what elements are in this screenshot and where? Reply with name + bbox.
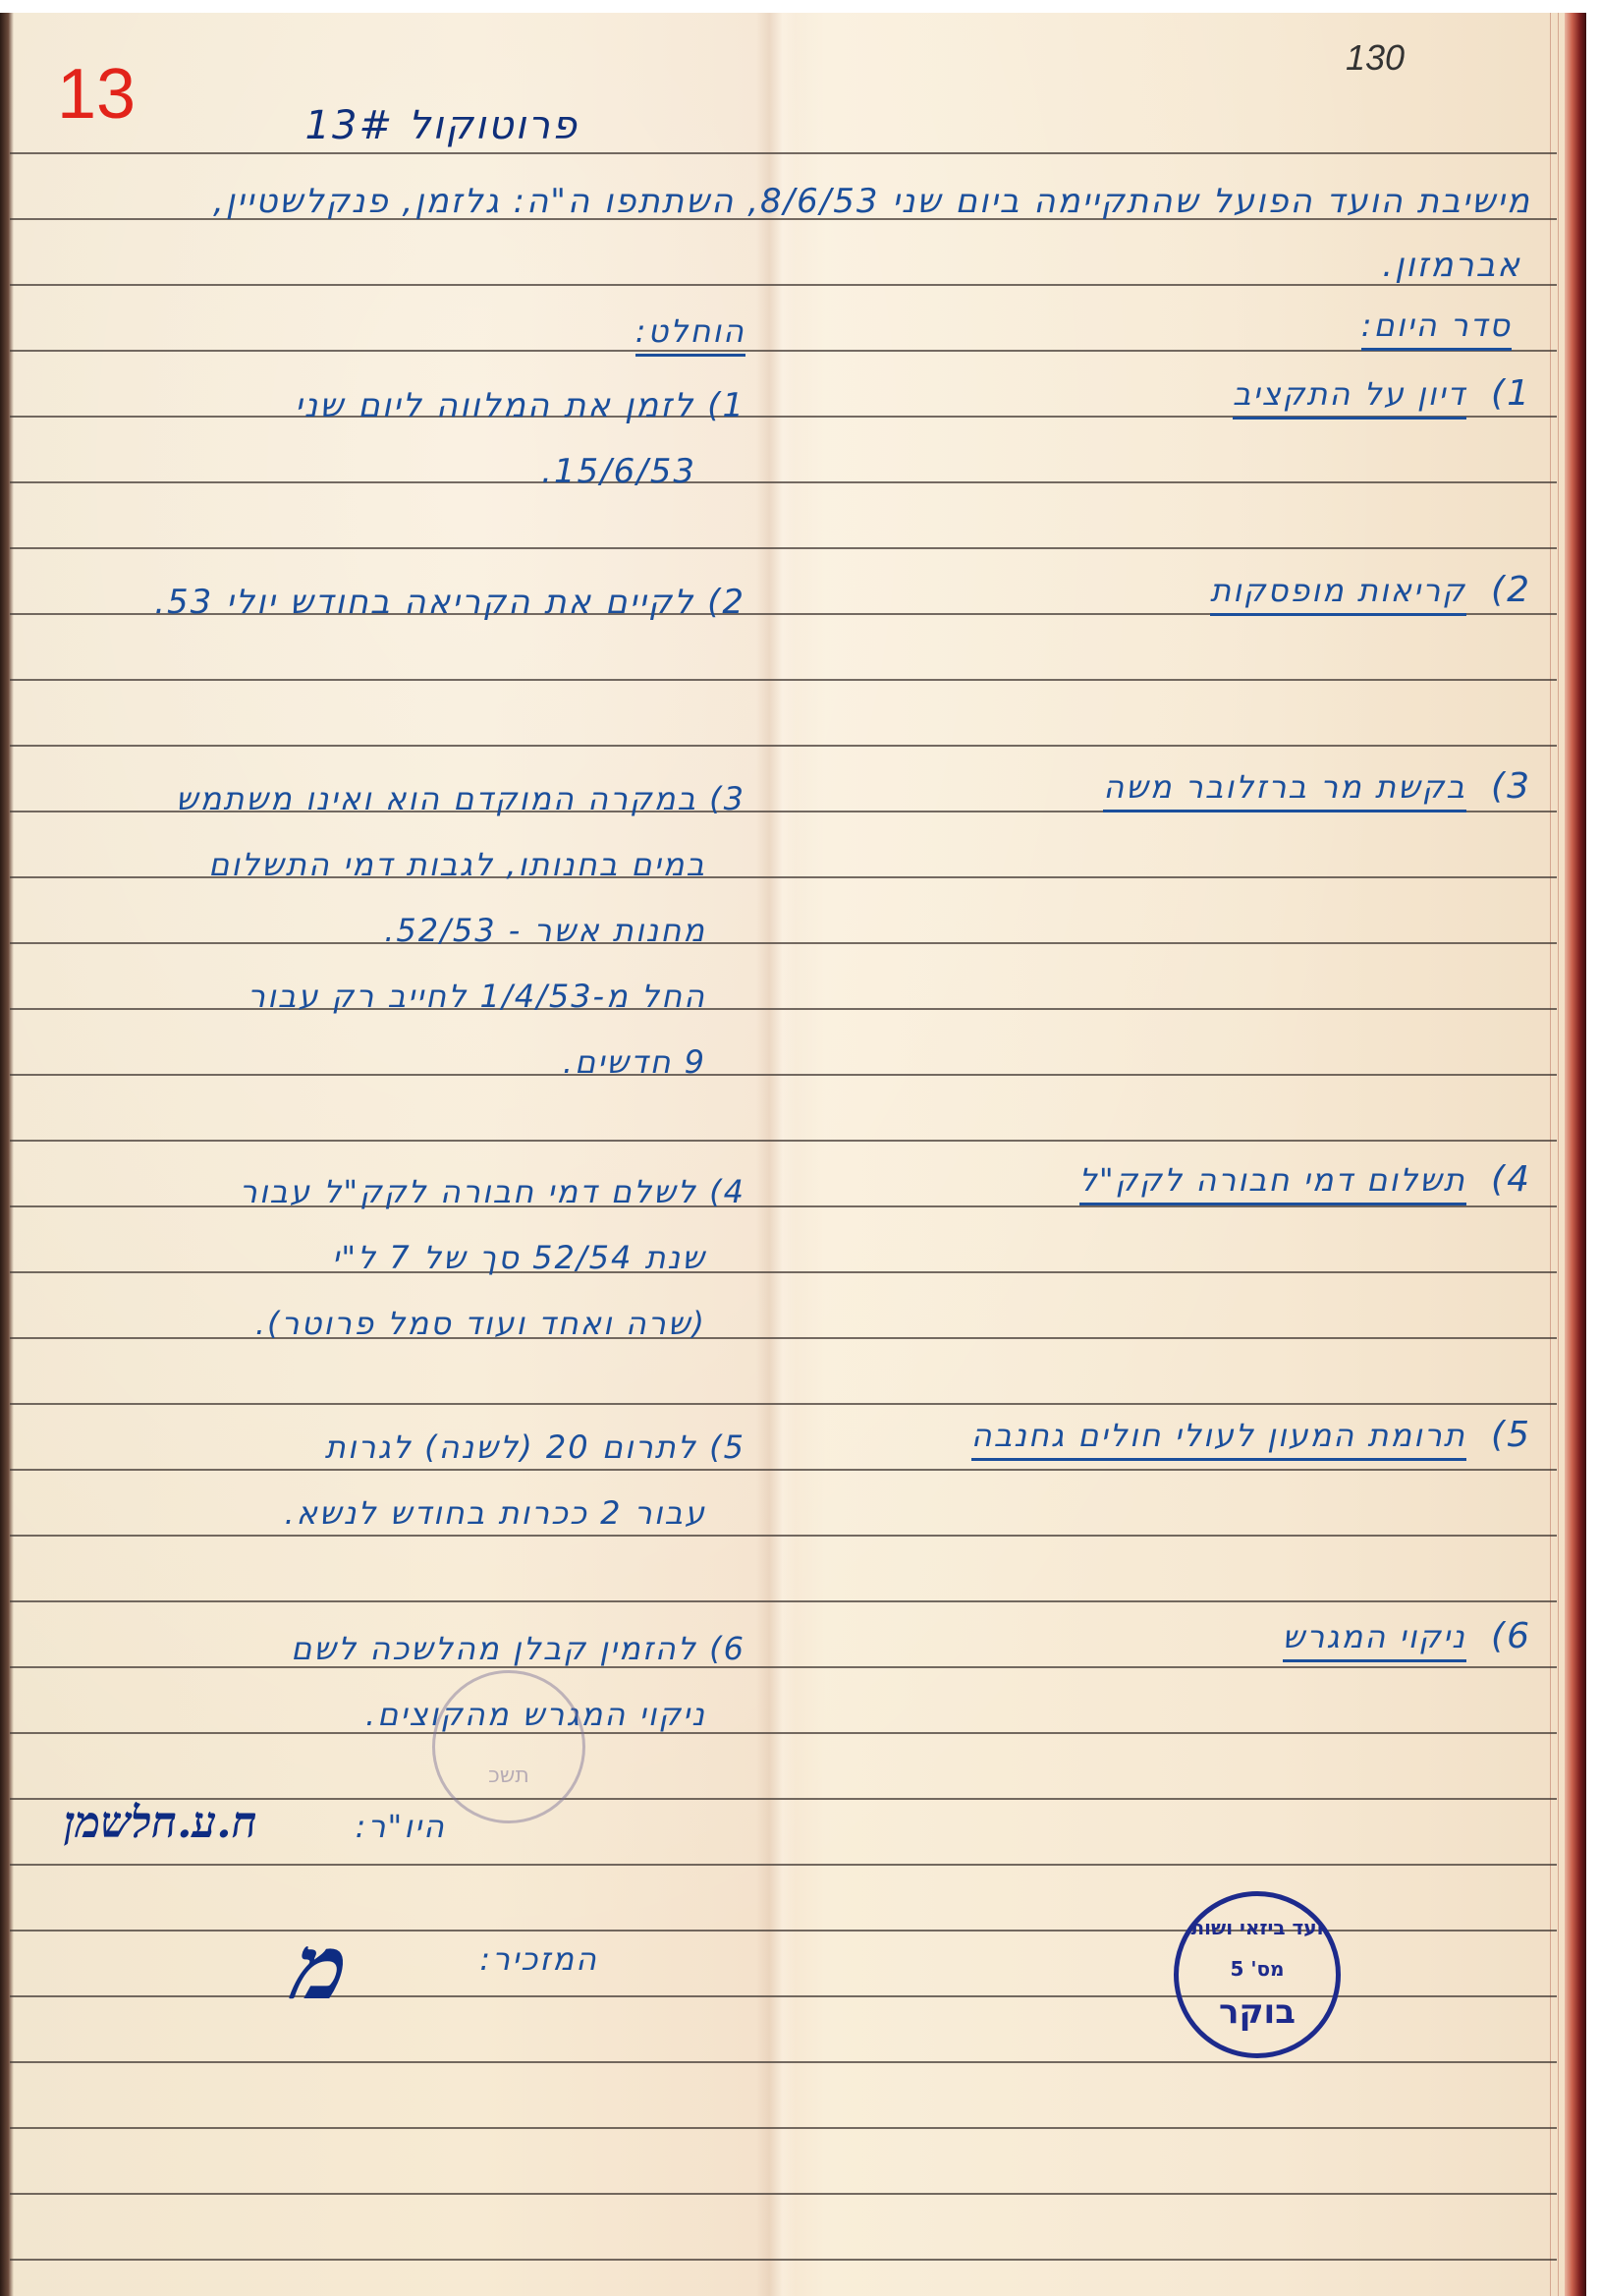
agenda-item-1: 1) דיון על התקציב (1233, 373, 1531, 414)
agenda-item-text: תרומת המעון לעולי חולים גחנבה (971, 1417, 1466, 1461)
decision-line: מחנות אשר - 52/53. (0, 898, 745, 964)
decision-2: 2) לקיים את הקריאה בחודש יולי 53. (0, 570, 745, 636)
decision-number: 6) (709, 1630, 745, 1667)
ruled-line (10, 1403, 1557, 1405)
decision-number: 5) (709, 1428, 745, 1466)
decision-line: עבור 2 ככרות בחודש לנשא. (0, 1481, 745, 1546)
right-margin-line-2 (1558, 13, 1559, 2296)
faint-stamp: תשכ (432, 1670, 585, 1823)
agenda-item-number: 1) (1491, 373, 1531, 414)
agenda-item-text: ניקוי המגרש (1283, 1618, 1466, 1662)
chair-signature: ח.ע.חלשמן (64, 1798, 257, 1848)
ruled-line (10, 679, 1557, 681)
ruled-line (10, 2259, 1557, 2261)
decision-number: 3) (709, 780, 745, 817)
stamp-bottom-text: בוקר (1179, 1992, 1336, 2032)
decision-4: 4) לשלם דמי חבורה לקק"ל עבור שנת 52/54 ס… (0, 1159, 745, 1357)
agenda-item-text: בקשת מר ברזלובר משה (1103, 768, 1466, 812)
decision-line: במקרה המוקדם הוא ואינו משתמש (176, 780, 697, 817)
stamp-top-text: ועד ביזאי ושות (1179, 1916, 1336, 1939)
agenda-item-text: תשלום דמי חבורה לקק"ל (1079, 1161, 1466, 1205)
decision-number: 2) (707, 583, 745, 622)
ruled-line (10, 350, 1557, 352)
secretary-label: המזכיר: (479, 1940, 598, 1978)
ruled-line (10, 1600, 1557, 1602)
archive-number: 13 (57, 54, 136, 135)
agenda-item-number: 2) (1491, 570, 1531, 610)
agenda-item-6: 6) ניקוי המגרש (1283, 1616, 1531, 1656)
decision-line: לקיים את הקריאה בחודש יולי 53. (154, 583, 694, 622)
decision-line: 9 חדשים. (0, 1030, 745, 1095)
agenda-item-text: קריאות מופסקות (1210, 572, 1466, 616)
official-stamp: ועד ביזאי ושות מס' 5 בוקר (1174, 1891, 1341, 2058)
ruled-line (10, 547, 1557, 549)
decision-line: במים בחנותו, לגבות דמי התשלום (0, 832, 745, 898)
ruled-line (10, 2127, 1557, 2129)
stamp-middle-text: מס' 5 (1179, 1957, 1336, 1981)
ruled-line (10, 284, 1557, 286)
ruled-line (10, 745, 1557, 747)
decision-6: 6) להזמין קבלן מהלשכה לשם ניקוי המגרש מה… (0, 1616, 745, 1748)
ruled-line (10, 1140, 1557, 1142)
decision-line: להזמין קבלן מהלשכה לשם (291, 1630, 697, 1667)
protocol-title: פרוטוקול 13# (305, 103, 579, 148)
center-fold (756, 13, 796, 2296)
agenda-item-5: 5) תרומת המעון לעולי חולים גחנבה (971, 1415, 1531, 1455)
decisions-heading: הוחלט: (635, 312, 745, 357)
ruled-line (10, 2193, 1557, 2195)
decision-line: ניקוי המגרש מהקוצים. (0, 1682, 745, 1748)
agenda-item-text: דיון על התקציב (1233, 375, 1466, 420)
agenda-item-number: 6) (1491, 1616, 1531, 1656)
agenda-item-2: 2) קריאות מופסקות (1210, 570, 1531, 610)
decision-3: 3) במקרה המוקדם הוא ואינו משתמש במים בחנ… (0, 766, 745, 1095)
chair-label: היו"ר: (356, 1808, 446, 1845)
decision-line: (שרה ואחד ועוד סמל פרוטר). (0, 1291, 745, 1357)
decision-line: החל מ-1/4/53 לחייב רק עבור (0, 964, 745, 1030)
decision-number: 1) (707, 386, 745, 425)
page-number: 130 (1346, 37, 1405, 79)
ruled-line (10, 1864, 1557, 1866)
decision-line: לשלם דמי חבורה לקק"ל עבור (240, 1173, 697, 1210)
ruled-line (10, 152, 1557, 154)
decision-line: לזמן את המלווה ליום שני (295, 386, 694, 425)
agenda-heading: סדר היום: (1361, 307, 1512, 351)
opening-line: מישיבת הועד הפועל שהתקיימה ביום שני 8/6/… (213, 182, 1531, 221)
agenda-item-3: 3) בקשת מר ברזלובר משה (1103, 766, 1531, 807)
decision-5: 5) לתרום 20 (לשנה) לגרות עבור 2 ככרות בח… (0, 1415, 745, 1546)
decision-line: 15/6/53. (0, 439, 745, 505)
decision-line: לתרום 20 (לשנה) לגרות (325, 1428, 697, 1466)
right-binding-edge (1565, 13, 1586, 2296)
decision-line: שנת 52/54 סך של 7 ל"י (0, 1225, 745, 1291)
notebook-page (0, 13, 1586, 2296)
agenda-item-number: 3) (1491, 766, 1531, 807)
agenda-item-4: 4) תשלום דמי חבורה לקק"ל (1079, 1159, 1531, 1200)
right-margin-line (1550, 13, 1551, 2296)
decision-1: 1) לזמן את המלווה ליום שני 15/6/53. (0, 373, 745, 505)
agenda-item-number: 5) (1491, 1415, 1531, 1455)
decision-number: 4) (709, 1173, 745, 1210)
left-binding-edge (0, 13, 14, 2296)
ruled-line (10, 2061, 1557, 2063)
agenda-item-number: 4) (1491, 1159, 1531, 1200)
opening-line-continued: אברמזון. (1382, 246, 1521, 285)
